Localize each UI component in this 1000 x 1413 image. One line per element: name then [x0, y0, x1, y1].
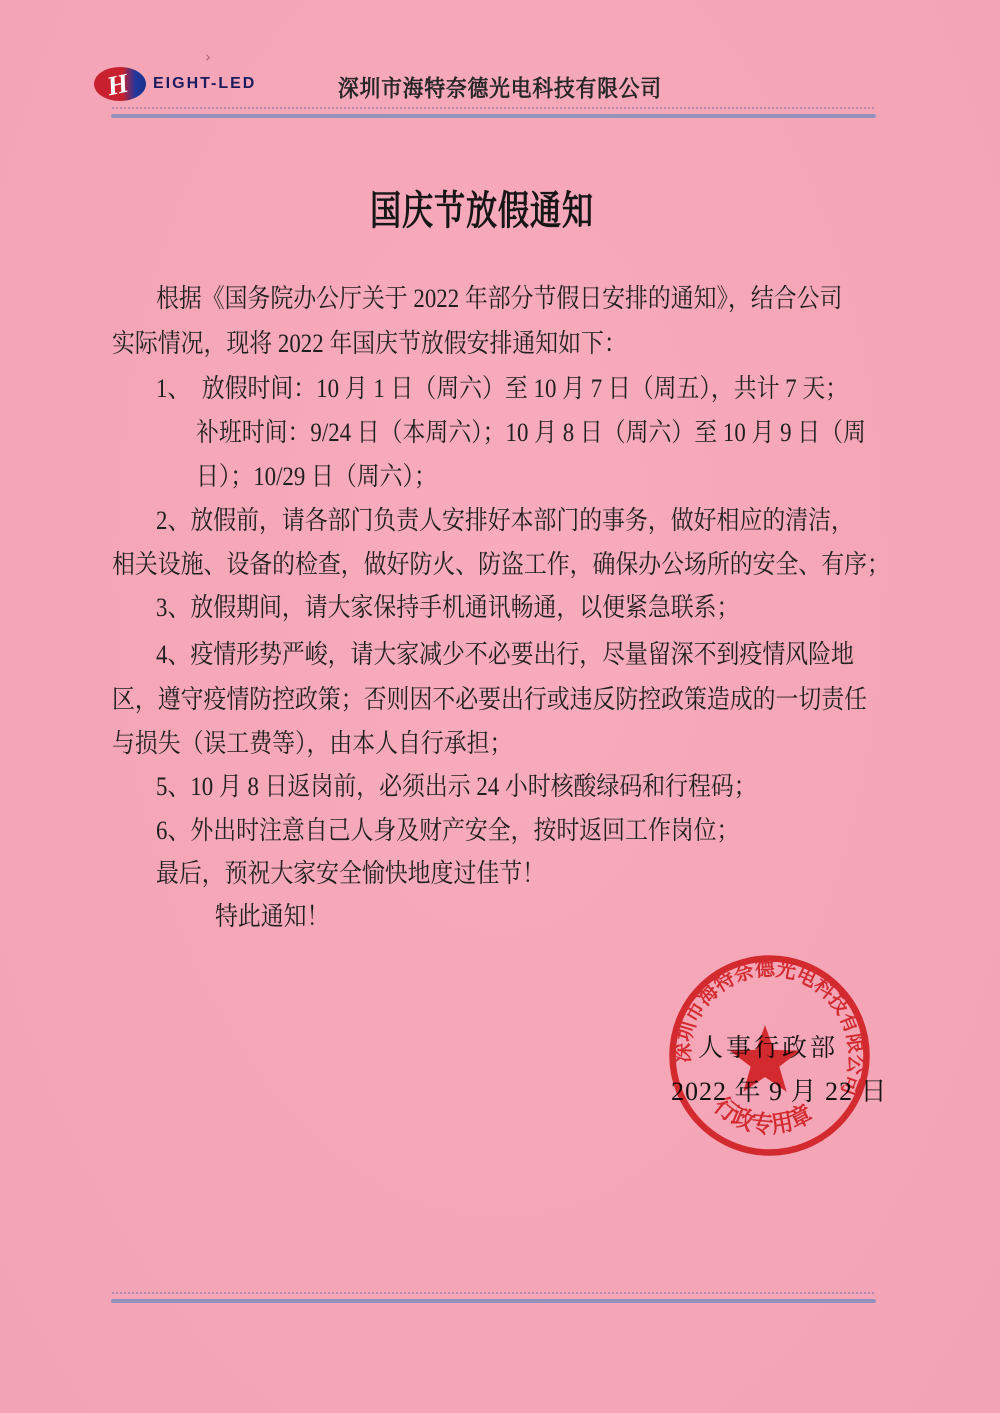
notice-line: 区，遵守疫情防控政策；否则因不必要出行或违反防控政策造成的一切责任 [112, 684, 867, 716]
notice-closing: 最后，预祝大家安全愉快地度过佳节！ [156, 858, 545, 890]
notice-item-3: 3、放假期间，请大家保持手机通讯畅通，以便紧急联系； [156, 592, 739, 624]
notice-line: 根据《国务院办公厅关于 2022 年部分节假日安排的通知》，结合公司 [156, 283, 842, 315]
notice-hereby: 特此通知！ [215, 901, 329, 933]
footer-solid-rule [111, 1299, 876, 1303]
footer-dashed-rule [112, 1292, 874, 1294]
notice-line: 日）；10/29 日（周六）； [196, 461, 437, 493]
notice-line: 相关设施、设备的检查，做好防火、防盗工作，确保办公场所的安全、有序； [112, 549, 890, 581]
company-name-header: 深圳市海特奈德光电科技有限公司 [50, 70, 950, 103]
scan-speck: › [205, 48, 211, 66]
notice-title: 国庆节放假通知 [370, 179, 594, 236]
header-dashed-rule [112, 107, 874, 109]
notice-item-5: 5、10 月 8 日返岗前，必须出示 24 小时核酸绿码和行程码； [156, 771, 757, 803]
notice-line: 与损失（误工费等），由本人自行承担； [112, 728, 512, 760]
document-page: H EIGHT-LED 深圳市海特奈德光电科技有限公司 › 国庆节放假通知 根据… [0, 0, 1000, 1413]
notice-item-4: 4、疫情形势严峻，请大家减少不必要出行，尽量留深不到疫情风险地 [156, 639, 854, 671]
seal-star-icon [730, 1025, 800, 1092]
seal-bottom-text: 行政专用章 [709, 1092, 817, 1139]
header-solid-rule [111, 114, 876, 118]
notice-item-2: 2、放假前，请各部门负责人安排好本部门的事务，做好相应的清洁， [156, 505, 854, 537]
notice-item-6: 6、外出时注意自己人身及财产安全，按时返回工作岗位； [156, 815, 739, 847]
svg-text:行政专用章: 行政专用章 [709, 1092, 817, 1139]
notice-line: 补班时间：9/24 日（本周六）；10 月 8 日（周六）至 10 月 9 日（… [196, 417, 866, 449]
company-seal-stamp: 深圳市海特奈德光电科技有限公司 行政专用章 [655, 945, 885, 1175]
notice-item-1: 1、 放假时间：10 月 1 日（周六）至 10 月 7 日（周五），共计 7 … [156, 373, 848, 405]
notice-line: 实际情况，现将 2022 年国庆节放假安排通知如下： [112, 328, 627, 360]
